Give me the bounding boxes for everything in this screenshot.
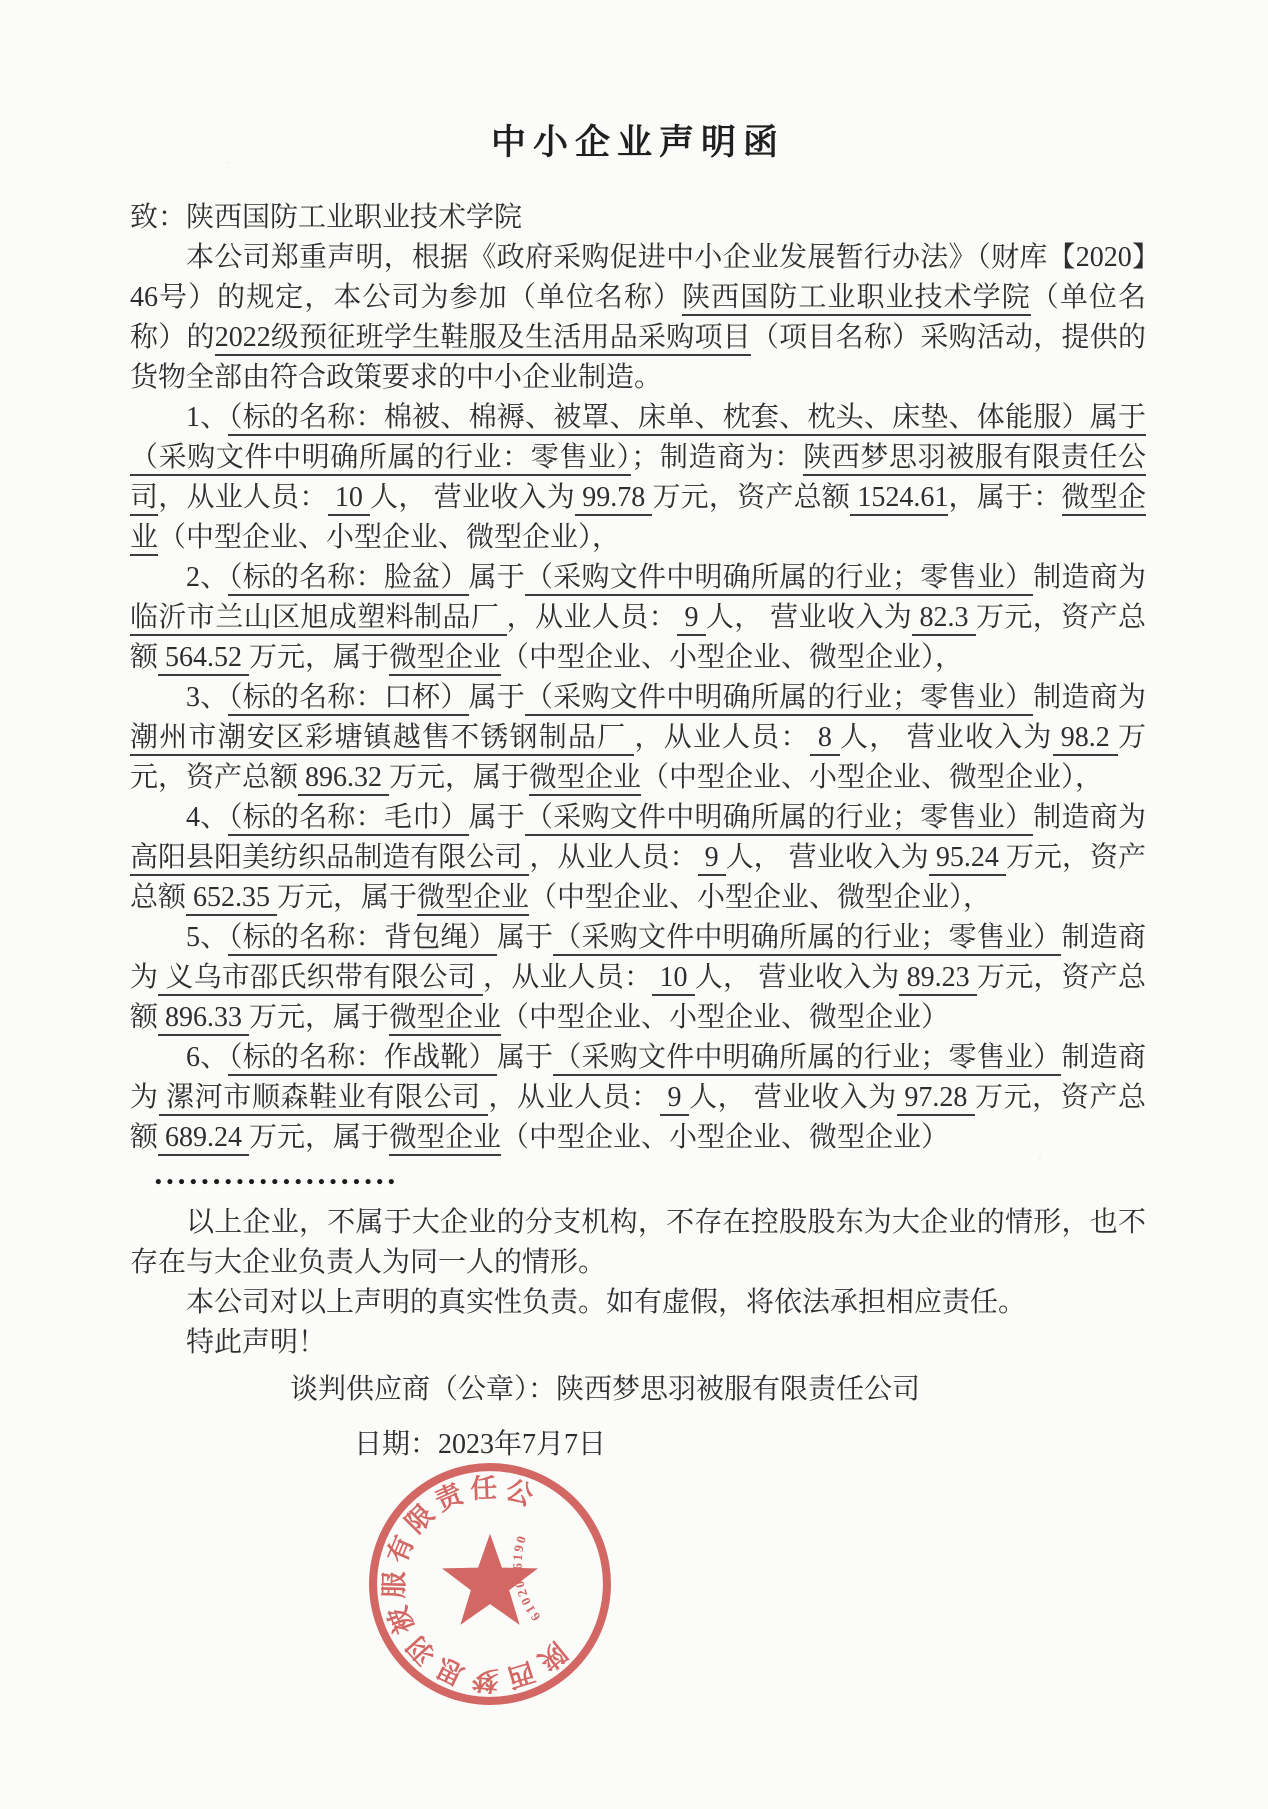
- text-segment: 9: [660, 1082, 689, 1116]
- text-segment: 896.33: [158, 1002, 249, 1036]
- text-segment: 98.2: [1053, 722, 1118, 756]
- text-segment: （标的名称：作战靴）: [228, 1042, 496, 1076]
- text-segment: （标的名称：脸盆）: [228, 562, 468, 596]
- seal-company-name-arc-text: 陕西梦思羽被服有限责任公司: [364, 1462, 583, 1710]
- section-3-paragraph: 3、（标的名称：口杯）属于（采购文件中明确所属的行业；零售业）制造商为 潮州市潮…: [130, 678, 1146, 798]
- text-segment: 属于: [497, 922, 553, 953]
- text-segment: 微型企业: [529, 762, 641, 796]
- text-segment: ，从业人员：: [634, 722, 809, 753]
- text-segment: 万元，属于: [389, 762, 529, 793]
- text-segment: （中型企业、小型企业、微型企业），: [641, 762, 1103, 793]
- text-segment: 8: [810, 722, 840, 756]
- seal-star-icon: [442, 1534, 538, 1625]
- text-segment: 万元，资产总额: [652, 482, 850, 513]
- seal-number-arc-text: 6102006190: [503, 1530, 545, 1626]
- text-segment: 义乌市邵氏织带有限公司: [158, 962, 483, 996]
- section-4-paragraph: 4、（标的名称：毛巾）属于（采购文件中明确所属的行业；零售业）制造商为 高阳县阳…: [130, 798, 1146, 918]
- document-body: 中小企业声明函 致：陕西国防工业职业技术学院 本公司郑重声明，根据《政府采购促进…: [130, 120, 1146, 1465]
- text-segment: （标的名称：背包绳）: [228, 922, 496, 956]
- text-segment: 99.78: [575, 482, 652, 516]
- text-segment: 6、: [186, 1042, 228, 1073]
- addressee-line: 致：陕西国防工业职业技术学院: [130, 198, 1146, 238]
- text-segment: 82.3: [912, 602, 976, 636]
- supplier-signature-line: 谈判供应商（公章）：陕西梦思羽被服有限责任公司: [130, 1370, 1146, 1410]
- text-segment: ，从业人员：: [488, 1082, 660, 1113]
- text-segment: 万元，属于: [249, 1002, 389, 1033]
- text-segment: 属于: [469, 682, 525, 713]
- text-segment: 万元，属于: [249, 642, 389, 673]
- text-segment: 10: [652, 962, 694, 996]
- text-segment: 制造商为: [1033, 682, 1146, 713]
- text-segment: 高阳县阳美纺织品制造有限公司: [130, 842, 529, 876]
- text-segment: （中型企业、小型企业、微型企业）: [501, 1122, 949, 1153]
- text-segment: 97.28: [897, 1082, 975, 1116]
- section-6-paragraph: 6、（标的名称：作战靴）属于（采购文件中明确所属的行业；零售业）制造商为 漯河市…: [130, 1038, 1146, 1158]
- text-segment: （采购文件中明确所属的行业；零售业）: [525, 562, 1033, 596]
- text-segment: 微型企业: [417, 882, 529, 916]
- text-segment: （标的名称：棉被、棉褥、被罩、床单、枕套、枕头、床垫、体能服）: [228, 402, 1089, 436]
- text-segment: 陕西国防工业职业技术学院: [682, 282, 1031, 316]
- text-segment: 人， 营业收入为: [726, 842, 929, 873]
- document-page: 中小企业声明函 致：陕西国防工业职业技术学院 本公司郑重声明，根据《政府采购促进…: [0, 0, 1268, 1809]
- text-segment: 4、: [186, 802, 228, 833]
- text-segment: 896.32: [298, 762, 389, 796]
- text-segment: 89.23: [899, 962, 976, 996]
- text-segment: 微型企业: [389, 1002, 501, 1036]
- text-segment: 潮州市潮安区彩塘镇越售不锈钢制品厂: [130, 722, 634, 756]
- text-segment: （标的名称：毛巾）: [228, 802, 468, 836]
- text-segment: 人， 营业收入为: [689, 1082, 897, 1113]
- text-segment: （标的名称：口杯）: [228, 682, 468, 716]
- text-segment: 漯河市顺森鞋业有限公司: [159, 1082, 489, 1116]
- text-segment: 人， 营业收入为: [695, 962, 900, 993]
- text-segment: 689.24: [158, 1122, 249, 1156]
- seal-outer-ring: [364, 1458, 616, 1710]
- section-2-paragraph: 2、（标的名称：脸盆）属于（采购文件中明确所属的行业；零售业）制造商为 临沂市兰…: [130, 558, 1146, 678]
- section-5-paragraph: 5、（标的名称：背包绳）属于（采购文件中明确所属的行业；零售业）制造商为 义乌市…: [130, 918, 1146, 1038]
- text-segment: 10: [328, 482, 370, 516]
- text-segment: 万元，属于: [249, 1122, 389, 1153]
- text-segment: 5、: [186, 922, 228, 953]
- text-segment: 制造商为: [1033, 802, 1146, 833]
- text-segment: ，从业人员：: [158, 482, 327, 513]
- text-segment: 属于: [469, 802, 525, 833]
- text-segment: 2、: [186, 562, 228, 593]
- text-segment: 1、: [186, 402, 228, 433]
- text-segment: 2022级预征班学生鞋服及生活用品采购项目: [215, 322, 751, 356]
- intro-paragraph: 本公司郑重声明，根据《政府采购促进中小企业发展暂行办法》（财库【2020】46号…: [130, 238, 1146, 398]
- scanned-declaration-document: { "title": "中小企业声明函", "addressee": "致：陕西…: [0, 0, 1268, 1809]
- text-segment: （中型企业、小型企业、微型企业），: [158, 522, 620, 553]
- text-segment: （采购文件中明确所属的行业；零售业）: [553, 1042, 1061, 1076]
- closing-paragraph-1: 以上企业，不属于大企业的分支机构，不存在控股股东为大企业的情形，也不存在与大企业…: [130, 1203, 1146, 1283]
- text-segment: （中型企业、小型企业、微型企业），: [529, 882, 991, 913]
- text-segment: 人， 营业收入为: [840, 722, 1053, 753]
- text-segment: 制造商为: [1033, 562, 1146, 593]
- text-segment: 9: [698, 842, 726, 876]
- text-segment: 万元，属于: [277, 882, 417, 913]
- declaration-line: 特此声明！: [130, 1323, 1146, 1363]
- text-segment: 属于: [497, 1042, 553, 1073]
- text-segment: ，属于：: [948, 482, 1061, 513]
- text-segment: ；制造商为：: [631, 442, 803, 473]
- text-segment: ，从业人员：: [483, 962, 652, 993]
- text-segment: ，从业人员：: [507, 602, 677, 633]
- ellipsis-dots: •••••••••••••••••••••: [130, 1163, 1146, 1203]
- text-segment: 9: [677, 602, 706, 636]
- seal-rotated-group: 陕西梦思羽被服有限责任公司 6102006190: [364, 1458, 616, 1710]
- closing-paragraph-2: 本公司对以上声明的真实性负责。如有虚假，将依法承担相应责任。: [130, 1283, 1146, 1323]
- text-segment: 临沂市兰山区旭成塑料制品厂: [130, 602, 507, 636]
- text-segment: 人， 营业收入为: [370, 482, 575, 513]
- text-segment: ，从业人员：: [529, 842, 697, 873]
- text-segment: （采购文件中明确所属的行业；零售业）: [525, 802, 1033, 836]
- text-segment: 564.52: [158, 642, 249, 676]
- text-segment: 652.35: [186, 882, 277, 916]
- text-segment: 微型企业: [389, 642, 501, 676]
- text-segment: 属于: [469, 562, 525, 593]
- date-line: 日期：2023年7月7日: [130, 1425, 1146, 1465]
- text-segment: 人， 营业收入为: [706, 602, 912, 633]
- text-segment: （中型企业、小型企业、微型企业）: [501, 1002, 949, 1033]
- text-segment: 微型企业: [389, 1122, 501, 1156]
- text-segment: （采购文件中明确所属的行业；零售业）: [525, 682, 1033, 716]
- text-segment: 95.24: [929, 842, 1006, 876]
- text-segment: 3、: [186, 682, 228, 713]
- company-seal-stamp: 陕西梦思羽被服有限责任公司 6102006190: [364, 1458, 616, 1710]
- document-title: 中小企业声明函: [130, 120, 1146, 166]
- section-1-paragraph: 1、（标的名称：棉被、棉褥、被罩、床单、枕套、枕头、床垫、体能服）属于（采购文件…: [130, 398, 1146, 558]
- text-segment: （采购文件中明确所属的行业；零售业）: [553, 922, 1061, 956]
- text-segment: （中型企业、小型企业、微型企业），: [501, 642, 963, 673]
- text-segment: 1524.61: [850, 482, 948, 516]
